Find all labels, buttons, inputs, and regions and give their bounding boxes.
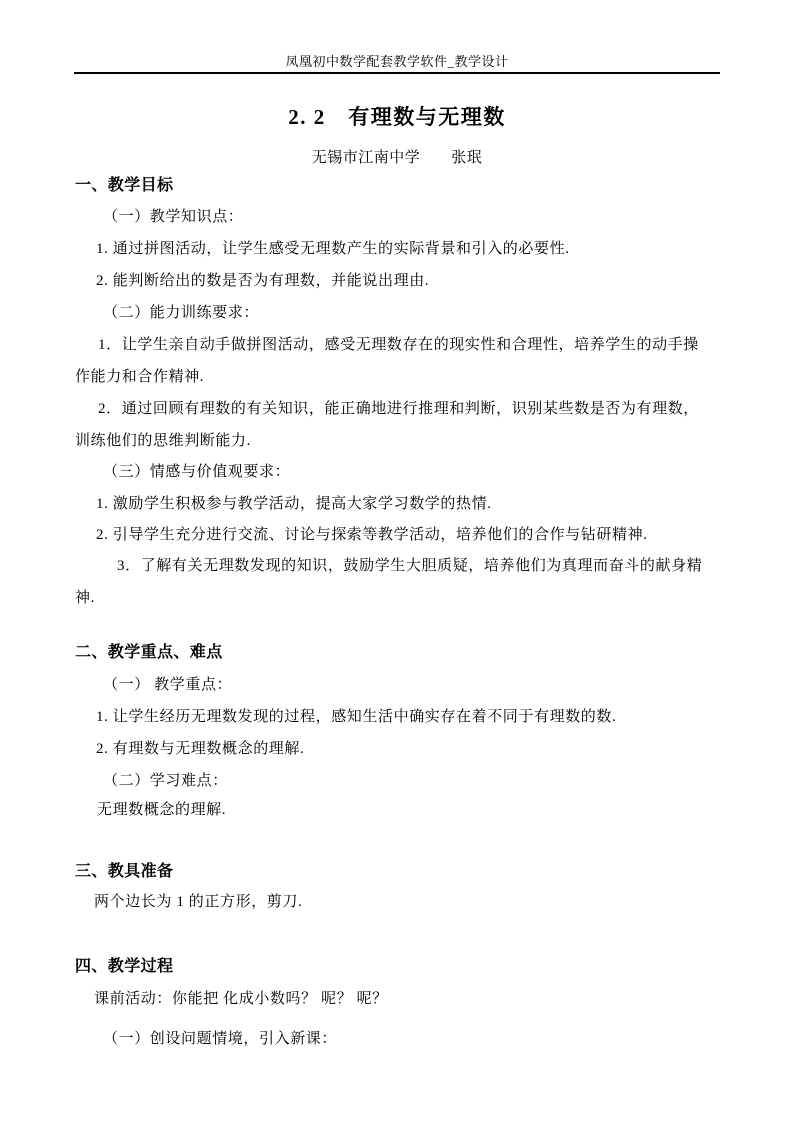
subheading-ability-training: （二）能力训练要求：: [103, 304, 259, 323]
heading-teaching-process: 四、教学过程: [75, 957, 173, 977]
doc-line: 2. 引导学生充分进行交流、讨论与探索等教学活动，培养他们的合作与钻研精神.: [96, 526, 648, 545]
heading-key-difficult-points: 二、教学重点、难点: [75, 643, 223, 663]
heading-teaching-aids: 三、教具准备: [75, 862, 173, 882]
doc-line: 课前活动：你能把 化成小数吗？ 呢？ 呢？: [94, 990, 388, 1009]
doc-line: 3．了解有关无理数发现的知识，鼓励学生大胆质疑，培养他们为真理而奋斗的献身精: [117, 557, 702, 576]
doc-title: 2. 2 有理数与无理数: [0, 101, 794, 131]
doc-line: 作能力和合作精神.: [75, 368, 204, 387]
doc-line: 1. 通过拼图活动，让学生感受无理数产生的实际背景和引入的必要性.: [96, 240, 570, 259]
doc-line: 训练他们的思维判断能力.: [75, 432, 251, 451]
subheading-learning-difficulty: （二）学习难点：: [103, 772, 228, 791]
header-rule: [74, 72, 720, 74]
doc-line: 1. 激励学生积极参与教学活动，提高大家学习数学的热情.: [96, 495, 492, 514]
document-page: 凤凰初中数学配套教学软件_教学设计 2. 2 有理数与无理数 无锡市江南中学 张…: [0, 0, 794, 1123]
doc-line: 2．通过回顾有理数的有关知识，能正确地进行推理和判断，识别某些数是否为有理数，: [98, 400, 699, 419]
doc-line: 2. 能判断给出的数是否为有理数，并能说出理由.: [96, 272, 429, 291]
doc-line: 1．让学生亲自动手做拼图活动，感受无理数存在的现实性和合理性，培养学生的动手操: [98, 336, 699, 355]
subheading-emotion-values: （三）情感与价值观要求：: [103, 463, 290, 482]
subheading-knowledge-points: （一）教学知识点：: [103, 208, 243, 227]
doc-line: 两个边长为 1 的正方形，剪刀.: [94, 893, 302, 912]
doc-line: 无理数概念的理解.: [97, 801, 226, 820]
doc-line: 1. 让学生经历无理数发现的过程，感知生活中确实存在着不同于有理数的数.: [96, 708, 616, 727]
doc-author: 无锡市江南中学 张珉: [0, 146, 794, 167]
page-header-text: 凤凰初中数学配套教学软件_教学设计: [0, 51, 794, 70]
doc-line: 2. 有理数与无理数概念的理解.: [96, 740, 304, 759]
doc-line: 神.: [75, 589, 95, 608]
heading-teaching-goals: 一、教学目标: [75, 176, 173, 196]
subheading-teaching-key: （一） 教学重点：: [103, 676, 232, 695]
subheading-create-situation: （一）创设问题情境，引入新课：: [103, 1030, 337, 1049]
